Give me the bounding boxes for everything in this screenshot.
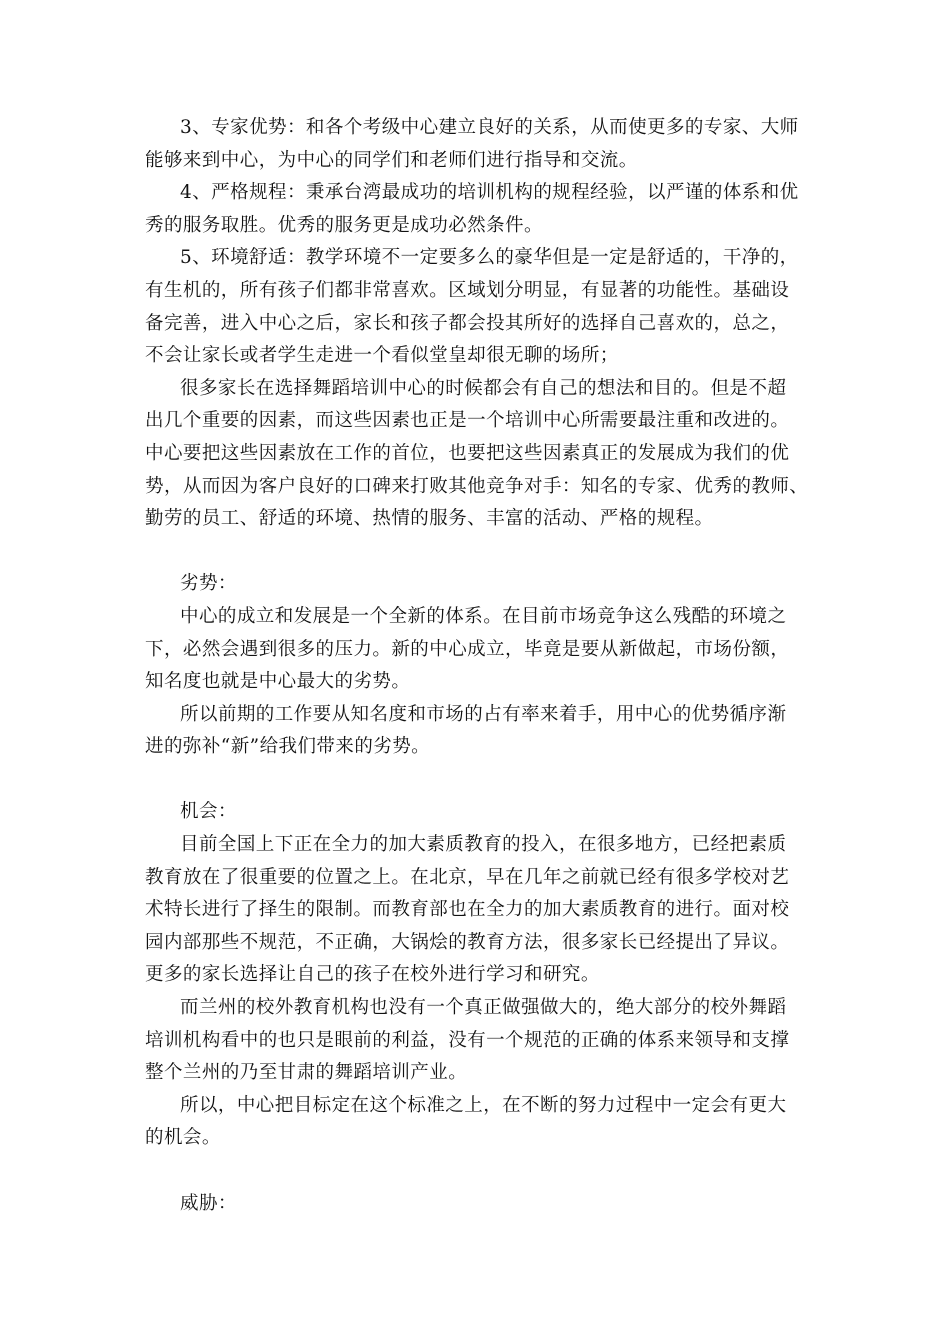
blank-line	[145, 1155, 810, 1188]
text-line: 培训机构看中的也只是眼前的利益，没有一个规范的正确的体系来领导和支撑	[145, 1025, 810, 1058]
text-line: 的机会。	[145, 1122, 810, 1155]
text-line: 中心要把这些因素放在工作的首位，也要把这些因素真正的发展成为我们的优	[145, 438, 810, 471]
text-line: 整个兰州的乃至甘肃的舞蹈培训产业。	[145, 1057, 810, 1090]
opportunities-paragraph-2: 而兰州的校外教育机构也没有一个真正做强做大的，绝大部分的校外舞蹈 培训机构看中的…	[145, 992, 810, 1090]
section-heading-opportunities: 机会：	[145, 796, 810, 829]
text-line: 教育放在了很重要的位置之上。在北京，早在几年之前就已经有很多学校对艺	[145, 862, 810, 895]
threats-section: 威胁：	[145, 1188, 810, 1221]
text-line: 很多家长在选择舞蹈培训中心的时候都会有自己的想法和目的。但是不超	[145, 373, 810, 406]
text-line: 勤劳的员工、舒适的环境、热情的服务、丰富的活动、严格的规程。	[145, 503, 810, 536]
text-line: 所以前期的工作要从知名度和市场的占有率来着手，用中心的优势循序渐	[145, 699, 810, 732]
blank-line	[145, 536, 810, 569]
strengths-summary: 很多家长在选择舞蹈培训中心的时候都会有自己的想法和目的。但是不超 出几个重要的因…	[145, 373, 810, 536]
text-line: 不会让家长或者学生走进一个看似堂皇却很无聊的场所；	[145, 340, 810, 373]
text-line: 出几个重要的因素，而这些因素也正是一个培训中心所需要最注重和改进的。	[145, 405, 810, 438]
document-page: 3、专家优势：和各个考级中心建立良好的关系，从而使更多的专家、大师 能够来到中心…	[145, 112, 810, 1220]
text-line: 3、专家优势：和各个考级中心建立良好的关系，从而使更多的专家、大师	[145, 112, 810, 145]
text-line: 有生机的，所有孩子们都非常喜欢。区域划分明显，有显著的功能性。基础设	[145, 275, 810, 308]
weaknesses-paragraph-1: 中心的成立和发展是一个全新的体系。在目前市场竞争这么残酷的环境之 下，必然会遇到…	[145, 601, 810, 699]
text-line: 园内部那些不规范，不正确，大锅烩的教育方法，很多家长已经提出了异议。	[145, 927, 810, 960]
text-line: 术特长进行了择生的限制。而教育部也在全力的加大素质教育的进行。面对校	[145, 894, 810, 927]
strength-item-4: 4、严格规程：秉承台湾最成功的培训机构的规程经验，以严谨的体系和优 秀的服务取胜…	[145, 177, 810, 242]
weaknesses-section: 劣势： 中心的成立和发展是一个全新的体系。在目前市场竞争这么残酷的环境之 下，必…	[145, 568, 810, 764]
text-line: 能够来到中心，为中心的同学们和老师们进行指导和交流。	[145, 145, 810, 178]
text-line: 更多的家长选择让自己的孩子在校外进行学习和研究。	[145, 959, 810, 992]
section-heading-threats: 威胁：	[145, 1188, 810, 1221]
text-line: 势，从而因为客户良好的口碑来打败其他竞争对手：知名的专家、优秀的教师、	[145, 471, 810, 504]
strength-item-3: 3、专家优势：和各个考级中心建立良好的关系，从而使更多的专家、大师 能够来到中心…	[145, 112, 810, 177]
text-line: 所以，中心把目标定在这个标准之上，在不断的努力过程中一定会有更大	[145, 1090, 810, 1123]
text-line: 目前全国上下正在全力的加大素质教育的投入，在很多地方，已经把素质	[145, 829, 810, 862]
strength-item-5: 5、环境舒适：教学环境不一定要多么的豪华但是一定是舒适的，干净的， 有生机的，所…	[145, 242, 810, 372]
text-line: 备完善，进入中心之后，家长和孩子都会投其所好的选择自己喜欢的，总之，	[145, 308, 810, 341]
opportunities-paragraph-1: 目前全国上下正在全力的加大素质教育的投入，在很多地方，已经把素质 教育放在了很重…	[145, 829, 810, 992]
section-heading-weaknesses: 劣势：	[145, 568, 810, 601]
text-line: 4、严格规程：秉承台湾最成功的培训机构的规程经验，以严谨的体系和优	[145, 177, 810, 210]
opportunities-section: 机会： 目前全国上下正在全力的加大素质教育的投入，在很多地方，已经把素质 教育放…	[145, 796, 810, 1155]
text-line: 5、环境舒适：教学环境不一定要多么的豪华但是一定是舒适的，干净的，	[145, 242, 810, 275]
text-line: 知名度也就是中心最大的劣势。	[145, 666, 810, 699]
opportunities-paragraph-3: 所以，中心把目标定在这个标准之上，在不断的努力过程中一定会有更大 的机会。	[145, 1090, 810, 1155]
text-line: 中心的成立和发展是一个全新的体系。在目前市场竞争这么残酷的环境之	[145, 601, 810, 634]
text-line: 进的弥补“新”给我们带来的劣势。	[145, 731, 810, 764]
blank-line	[145, 764, 810, 797]
text-line: 下，必然会遇到很多的压力。新的中心成立，毕竟是要从新做起，市场份额，	[145, 634, 810, 667]
text-line: 秀的服务取胜。优秀的服务更是成功必然条件。	[145, 210, 810, 243]
weaknesses-paragraph-2: 所以前期的工作要从知名度和市场的占有率来着手，用中心的优势循序渐 进的弥补“新”…	[145, 699, 810, 764]
text-line: 而兰州的校外教育机构也没有一个真正做强做大的，绝大部分的校外舞蹈	[145, 992, 810, 1025]
